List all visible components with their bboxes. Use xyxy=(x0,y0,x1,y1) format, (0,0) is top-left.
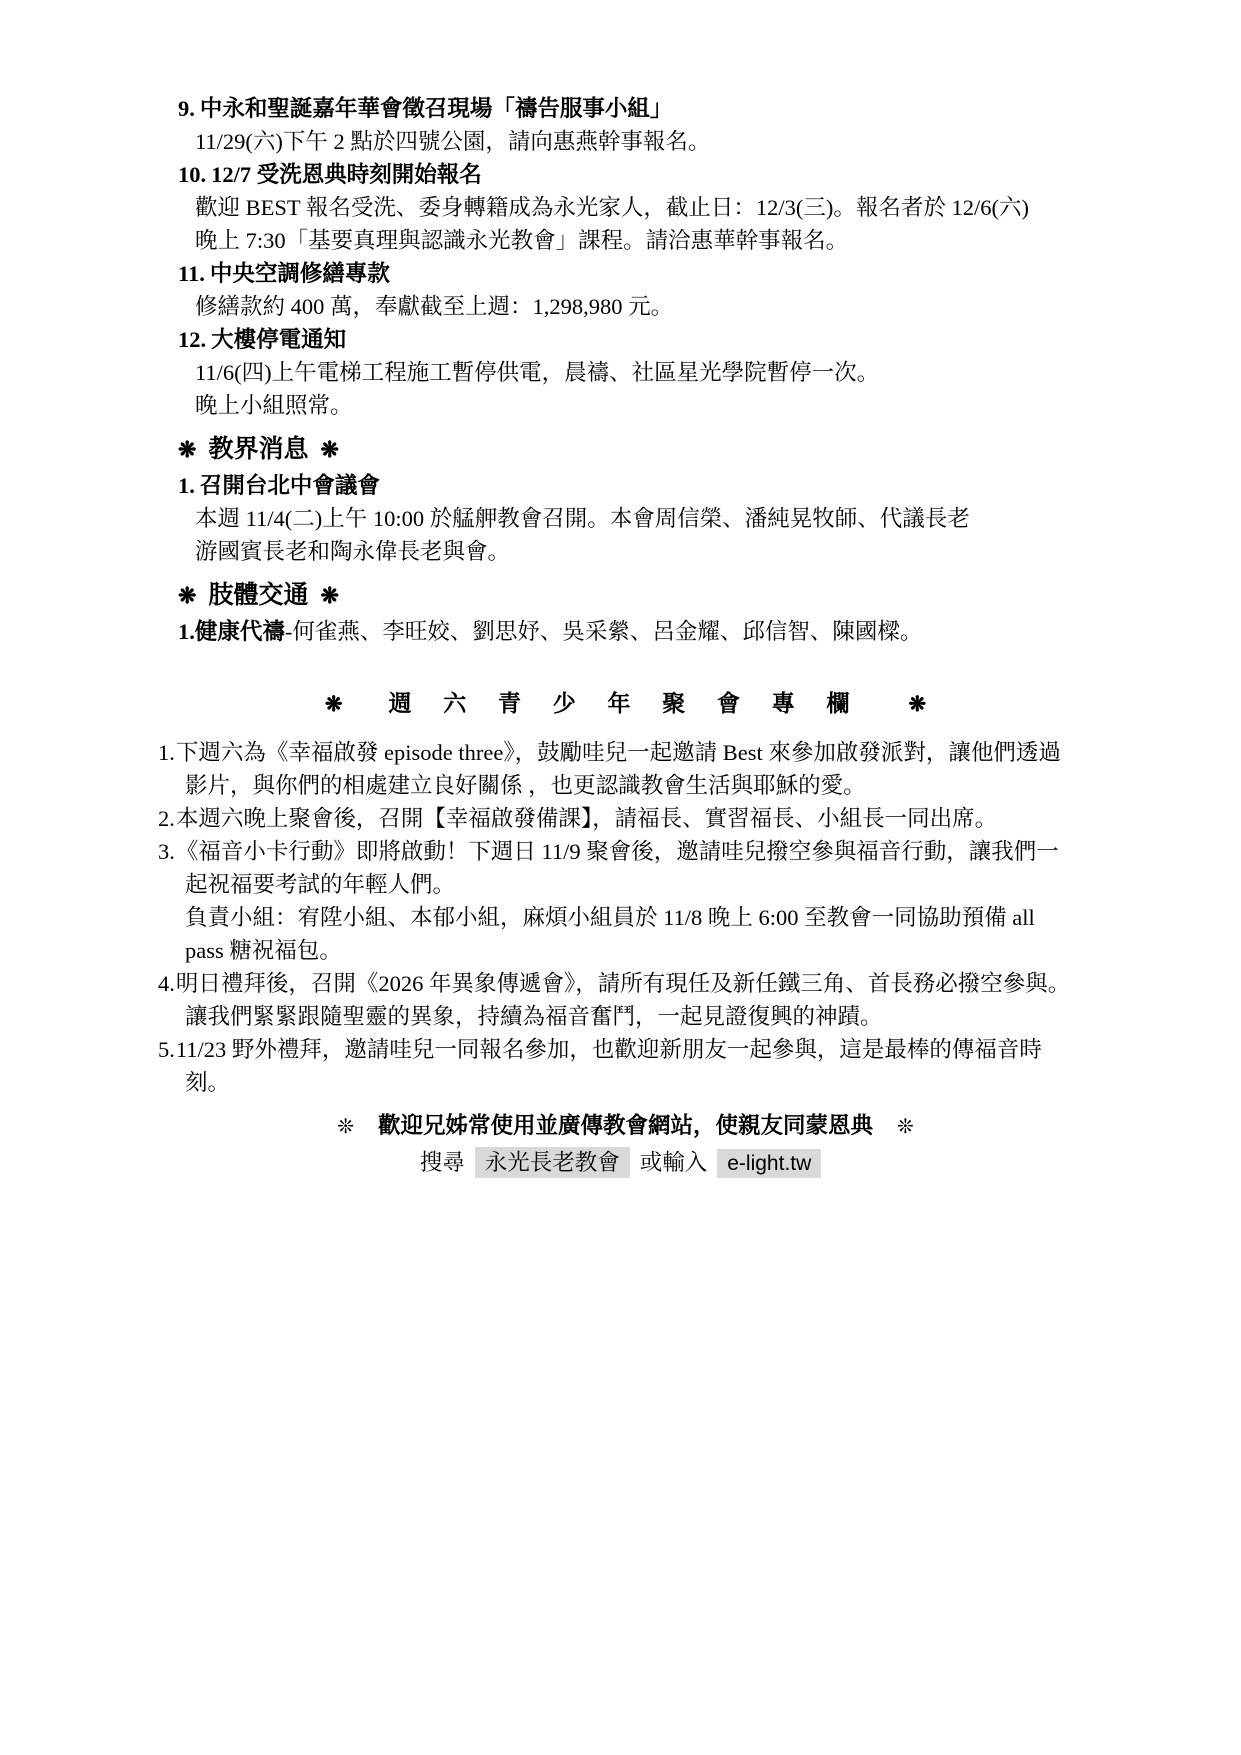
flower-icon: ❋ xyxy=(320,583,338,608)
item-number: 3. xyxy=(158,839,175,864)
announcement-item: 11.中央空調修繕專款 修繕款約 400 萬，奉獻截至上週：1,298,980 … xyxy=(178,257,1073,323)
youth-item-text: 11/23 野外禮拜，邀請哇兒一同報名參加，也歡迎新朋友一起參與，這是最棒的傳福… xyxy=(176,1037,1042,1095)
announcement-item: 9.中永和聖誕嘉年華會徵召現場「禱告服事小組」 11/29(六)下午 2 點於四… xyxy=(178,92,1073,158)
item-title: 召開台北中會議會 xyxy=(200,473,380,498)
youth-column-title: ❋週 六 青 少 年 聚 會 專 欄❋ xyxy=(178,687,1073,721)
youth-item-text: 明日禮拜後，召開《2026 年異象傳遞會》，請所有現任及新任鐵三角、首長務必撥空… xyxy=(176,971,1070,1029)
item-number: 1. xyxy=(158,740,175,765)
prayer-names: -何雀燕、李旺姣、劉思妤、吳采縈、呂金耀、邱信智、陳國樑。 xyxy=(285,619,923,644)
flower-icon: ❋ xyxy=(320,437,338,462)
section-heading-fellowship: ❋肢體交通❋ xyxy=(178,579,1073,613)
section-heading-church-news: ❋教界消息❋ xyxy=(178,433,1073,467)
fellowship-item: 1.健康代禱-何雀燕、李旺姣、劉思妤、吳采縈、呂金耀、邱信智、陳國樑。 xyxy=(178,615,1073,648)
youth-item: 2.本週六晚上聚會後，召開【幸福啟發備課】，請福長、實習福長、小組長一同出席。 xyxy=(158,802,1073,835)
footer-note: ❊歡迎兄姊常使用並廣傳教會網站，使親友同蒙恩典❊ xyxy=(178,1109,1073,1144)
youth-item-text: 下週六為《幸福啟發 episode three》，鼓勵哇兒一起邀請 Best 來… xyxy=(176,740,1061,798)
flower-icon: ❋ xyxy=(178,437,196,462)
youth-item-subparagraph: 負責小組：宥陞小組、本郁小組，麻煩小組員於 11/8 晚上 6:00 至教會一同… xyxy=(158,901,1073,967)
item-number: 5. xyxy=(158,1037,175,1062)
or-label: 或輸入 xyxy=(640,1150,708,1175)
item-number: 10. xyxy=(178,162,206,187)
search-label: 搜尋 xyxy=(420,1150,465,1175)
search-term-highlight: 永光長老教會 xyxy=(475,1147,630,1178)
youth-item: 4.明日禮拜後，召開《2026 年異象傳遞會》，請所有現任及新任鐵三角、首長務必… xyxy=(158,967,1073,1033)
item-number: 12. xyxy=(178,327,206,352)
announcement-heading: 9.中永和聖誕嘉年華會徵召現場「禱告服事小組」 xyxy=(178,92,1073,125)
item-title: 12/7 受洗恩典時刻開始報名 xyxy=(211,162,482,187)
youth-item-text: 本週六晚上聚會後，召開【幸福啟發備課】，請福長、實習福長、小組長一同出席。 xyxy=(176,806,997,831)
item-title: 中永和聖誕嘉年華會徵召現場「禱告服事小組」 xyxy=(200,96,673,121)
announcement-body-line: 歡迎 BEST 報名受洗、委身轉籍成為永光家人，截止日：12/3(三)。報名者於… xyxy=(178,191,1073,224)
item-number: 4. xyxy=(158,971,175,996)
item-number: 9. xyxy=(178,96,195,121)
announcement-item: 12.大樓停電通知 11/6(四)上午電梯工程施工暫停供電，晨禱、社區星光學院暫… xyxy=(178,323,1073,422)
footer-search-line: 搜尋永光長老教會或輸入e-light.tw xyxy=(178,1146,1073,1180)
item-title: 中央空調修繕專款 xyxy=(210,261,390,286)
bulletin-page: 9.中永和聖誕嘉年華會徵召現場「禱告服事小組」 11/29(六)下午 2 點於四… xyxy=(0,0,1241,1755)
section-title: 教界消息 xyxy=(208,436,308,463)
youth-column: 1.下週六為《幸福啟發 episode three》，鼓勵哇兒一起邀請 Best… xyxy=(158,736,1073,1099)
item-number: 1. xyxy=(178,473,195,498)
flower-icon: ❋ xyxy=(909,692,927,716)
news-item-heading: 1.召開台北中會議會 xyxy=(178,469,1073,502)
footer-note-text: 歡迎兄姊常使用並廣傳教會網站，使親友同蒙恩典 xyxy=(378,1113,873,1138)
announcement-body-line: 晚上小組照常。 xyxy=(178,389,1073,422)
news-body-line: 游國賓長老和陶永偉長老與會。 xyxy=(178,535,1073,568)
item-number: 11. xyxy=(178,261,205,286)
section-title: 肢體交通 xyxy=(208,582,308,609)
youth-item: 1.下週六為《幸福啟發 episode three》，鼓勵哇兒一起邀請 Best… xyxy=(158,736,1073,802)
announcement-body-line: 修繕款約 400 萬，奉獻截至上週：1,298,980 元。 xyxy=(178,290,1073,323)
news-body-line: 本週 11/4(二)上午 10:00 於艋舺教會召開。本會周信榮、潘純晃牧師、代… xyxy=(178,502,1073,535)
announcement-heading: 12.大樓停電通知 xyxy=(178,323,1073,356)
youth-item-text: 《福音小卡行動》即將啟動！下週日 11/9 聚會後，邀請哇兒撥空參與福音行動，讓… xyxy=(176,839,1059,897)
youth-title-text: 週 六 青 少 年 聚 會 專 欄 xyxy=(389,691,863,716)
item-number: 2. xyxy=(158,806,175,831)
announcement-body-line: 11/29(六)下午 2 點於四號公園，請向惠燕幹事報名。 xyxy=(178,125,1073,158)
item-title: 大樓停電通知 xyxy=(211,327,346,352)
announcement-heading: 10.12/7 受洗恩典時刻開始報名 xyxy=(178,158,1073,191)
prayer-title: 健康代禱 xyxy=(195,619,285,644)
flower-icon: ❋ xyxy=(178,583,196,608)
url-highlight: e-light.tw xyxy=(717,1149,821,1178)
youth-item: 3.《福音小卡行動》即將啟動！下週日 11/9 聚會後，邀請哇兒撥空參與福音行動… xyxy=(158,835,1073,901)
item-number: 1. xyxy=(178,619,195,644)
flower-icon: ❊ xyxy=(337,1116,354,1138)
flower-icon: ❊ xyxy=(897,1116,914,1138)
youth-item: 5.11/23 野外禮拜，邀請哇兒一同報名參加，也歡迎新朋友一起參與，這是最棒的… xyxy=(158,1033,1073,1099)
announcement-heading: 11.中央空調修繕專款 xyxy=(178,257,1073,290)
announcement-item: 10.12/7 受洗恩典時刻開始報名 歡迎 BEST 報名受洗、委身轉籍成為永光… xyxy=(178,158,1073,257)
flower-icon: ❋ xyxy=(325,692,343,716)
news-item: 1.召開台北中會議會 本週 11/4(二)上午 10:00 於艋舺教會召開。本會… xyxy=(178,469,1073,568)
announcement-body-line: 11/6(四)上午電梯工程施工暫停供電，晨禱、社區星光學院暫停一次。 xyxy=(178,356,1073,389)
announcement-body-line: 晚上 7:30「基要真理與認識永光教會」課程。請洽惠華幹事報名。 xyxy=(178,224,1073,257)
